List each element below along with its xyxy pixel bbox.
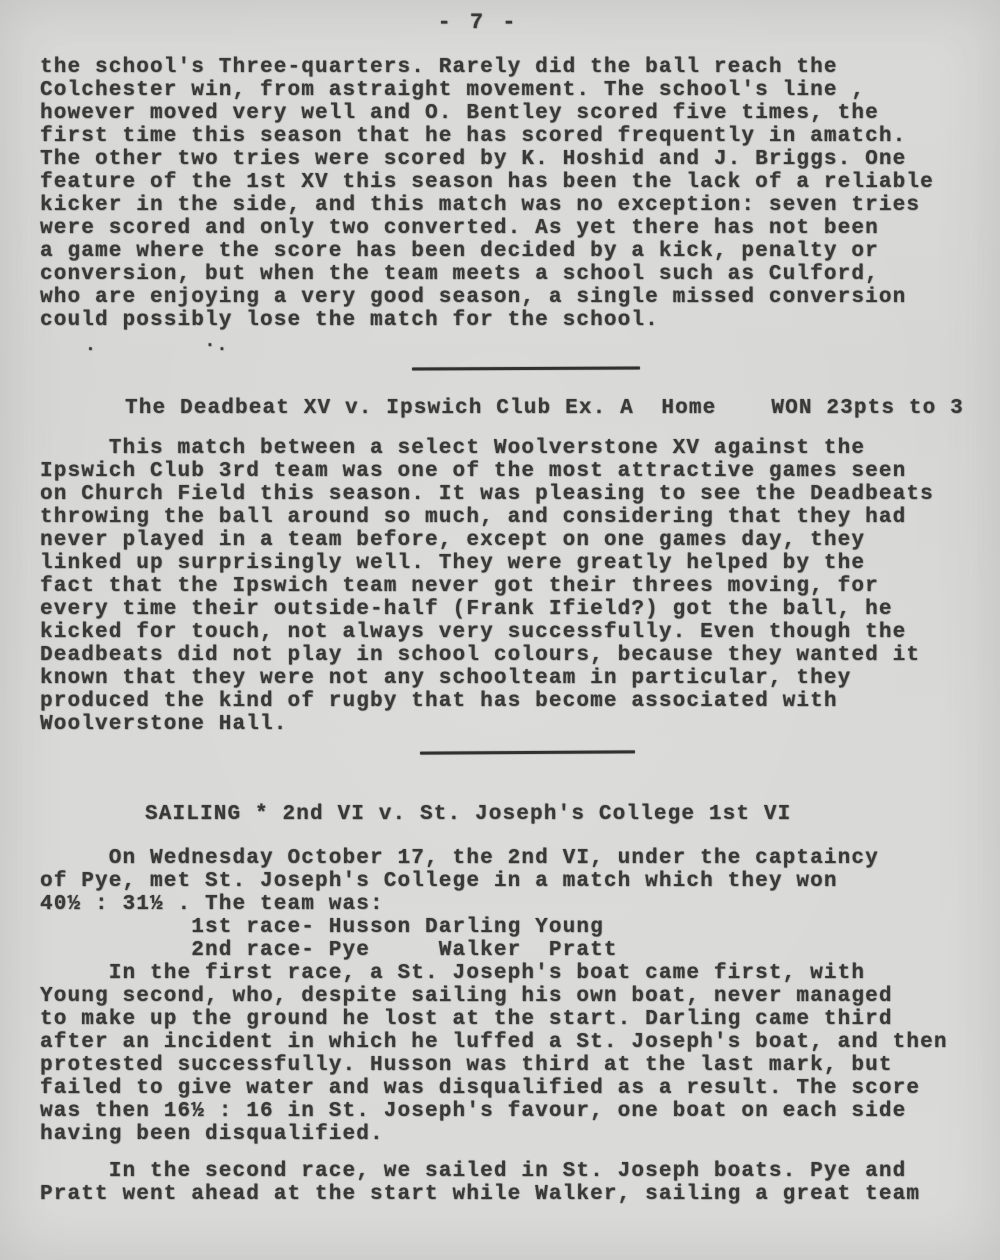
deadbeat-match-paragraph: This match between a select Woolverstone… — [40, 437, 1000, 736]
sailing-first-race-paragraph: On Wednesday October 17, the 2nd VI, und… — [40, 847, 1000, 1146]
text-line: to make up the ground he lost at the sta… — [40, 1008, 1000, 1031]
deadbeat-match-heading: The Deadbeat XV v. Ipswich Club Ex. A Ho… — [125, 397, 1000, 420]
text-line: after an incident in which he luffed a S… — [40, 1031, 1000, 1054]
text-line: of Pye, met St. Joseph's College in a ma… — [40, 870, 1000, 893]
text-line: however moved very well and O. Bentley s… — [40, 102, 1000, 125]
text-line: Woolverstone Hall. — [40, 713, 1000, 736]
scanned-document-page: - 7 - the school's Three-quarters. Rarel… — [0, 0, 1000, 1260]
text-line: every time their outside-half (Frank Ifi… — [40, 598, 1000, 621]
text-line: Ipswich Club 3rd team was one of the mos… — [40, 460, 1000, 483]
text-line: 1st race- Husson Darling Young — [40, 916, 1000, 939]
text-line: the school's Three-quarters. Rarely did … — [40, 56, 1000, 79]
text-line: 40½ : 31½ . The team was: — [40, 893, 1000, 916]
sailing-second-race-paragraph: In the second race, we sailed in St. Jos… — [40, 1160, 1000, 1206]
section-divider-line — [420, 750, 635, 754]
section-divider-line — [412, 367, 640, 371]
text-line: Colchester win, from astraight movement.… — [40, 79, 1000, 102]
text-line: throwing the ball around so much, and co… — [40, 506, 1000, 529]
text-line: feature of the 1st XV this season has be… — [40, 171, 1000, 194]
text-line: produced the kind of rugby that has beco… — [40, 690, 1000, 713]
stray-ink-marks: . ·. — [85, 339, 1000, 353]
text-line: linked up surprisingly well. They were g… — [40, 552, 1000, 575]
text-line: 2nd race- Pye Walker Pratt — [40, 939, 1000, 962]
text-line: could possibly lose the match for the sc… — [40, 309, 1000, 332]
text-line: fact that the Ipswich team never got the… — [40, 575, 1000, 598]
text-line: a game where the score has been decided … — [40, 240, 1000, 263]
text-line: kicker in the side, and this match was n… — [40, 194, 1000, 217]
text-line: never played in a team before, except on… — [40, 529, 1000, 552]
page-number: - 7 - — [0, 0, 978, 35]
text-line: was then 16½ : 16 in St. Joseph's favour… — [40, 1100, 1000, 1123]
text-line: Young second, who, despite sailing his o… — [40, 985, 1000, 1008]
text-line: Pratt went ahead at the start while Walk… — [40, 1183, 1000, 1206]
text-line: This match between a select Woolverstone… — [40, 437, 1000, 460]
sailing-match-heading: SAILING * 2nd VI v. St. Joseph's College… — [145, 803, 1000, 826]
text-line: conversion, but when the team meets a sc… — [40, 263, 1000, 286]
text-line: protested successfully. Husson was third… — [40, 1054, 1000, 1077]
text-line: first time this season that he has score… — [40, 125, 1000, 148]
text-line: on Church Field this season. It was plea… — [40, 483, 1000, 506]
text-line: having been disqualified. — [40, 1123, 1000, 1146]
text-line: who are enjoying a very good season, a s… — [40, 286, 1000, 309]
text-line: In the first race, a St. Joseph's boat c… — [40, 962, 1000, 985]
text-line: Deadbeats did not play in school colours… — [40, 644, 1000, 667]
text-line: The other two tries were scored by K. Ho… — [40, 148, 1000, 171]
text-line: were scored and only two converted. As y… — [40, 217, 1000, 240]
text-line: In the second race, we sailed in St. Jos… — [40, 1160, 1000, 1183]
text-line: failed to give water and was disqualifie… — [40, 1077, 1000, 1100]
text-line: kicked for touch, not always very succes… — [40, 621, 1000, 644]
document-body: the school's Three-quarters. Rarely did … — [40, 56, 1000, 1206]
text-line: On Wednesday October 17, the 2nd VI, und… — [40, 847, 1000, 870]
text-line: known that they were not any schoolteam … — [40, 667, 1000, 690]
rugby-report-paragraph: the school's Three-quarters. Rarely did … — [40, 56, 1000, 332]
